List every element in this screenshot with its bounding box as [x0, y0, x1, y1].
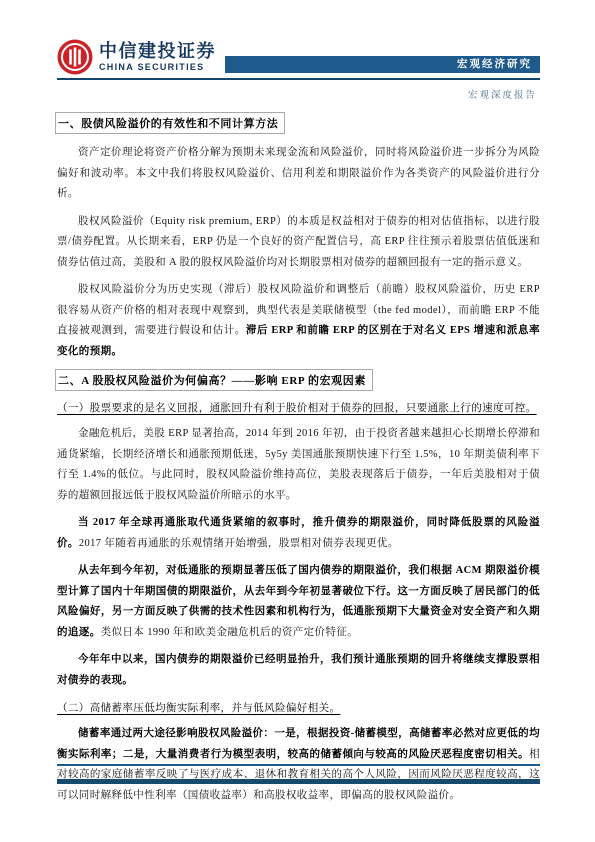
header-banner: 宏观经济研究: [225, 56, 540, 73]
text-run: 今年年中以来，国内债券的期限溢价已经明显抬升，我们预计通胀预期的回升将继续支撑股…: [57, 654, 540, 686]
citic-coin-icon: [57, 39, 93, 75]
section-heading: 一、股债风险溢价的有效性和不同计算方法: [55, 112, 285, 134]
report-type-label: 宏观深度报告: [468, 87, 537, 101]
text-run: 储蓄率通过两大途径影响股权风险溢价：一是，根据投资-储蓄模型，高储蓄率必然对应更…: [57, 728, 540, 760]
subsection-heading: （二）高储蓄率压低均衡实际利率，并与低风险偏好相关。: [57, 700, 540, 715]
paragraph: 股权风险溢价分为历史实现（滞后）股权风险溢价和调整后（前瞻）股权风险溢价，历史 …: [57, 280, 540, 362]
section-heading: 二、A 股股权风险溢价为何偏高？——影响 ERP 的宏观因素: [55, 369, 373, 391]
text-run: 类似日本 1990 年和欧美金融危机后的资产定价特征。: [101, 627, 359, 638]
paragraph: 金融危机后，美股 ERP 显著抬高，2014 年到 2016 年初，由于投资者越…: [57, 424, 540, 506]
brand-logo: 中信建投证券 CHINA SECURITIES: [57, 39, 216, 75]
subsection-heading: （一）股票要求的是名义回报，通胀回升有利于股价相对于债券的回报，只要通胀上行的速…: [57, 400, 540, 415]
footer-thin-rule: [57, 764, 540, 766]
paragraph: 当 2017 年全球再通胀取代通货紧缩的叙事时，推升债券的期限溢价，同时降低股票…: [57, 513, 540, 554]
paragraph: 股权风险溢价（Equity risk premium, ERP）的本质是权益相对…: [57, 212, 540, 274]
document-body: 一、股债风险溢价的有效性和不同计算方法资产定价理论将资产价格分解为预期未来现金流…: [57, 110, 540, 813]
footer-bar: [57, 779, 540, 784]
text-run: 2017 年随着再通胀的乐观情绪开始增强，股票相对债券表现更优。: [79, 538, 399, 549]
text-run: 股权风险溢价（Equity risk premium, ERP）的本质是权益相对…: [57, 216, 540, 268]
banner-title: 宏观经济研究: [457, 58, 532, 70]
text-run: 资产定价理论将资产价格分解为预期未来现金流和风险溢价，同时将风险溢价进一步拆分为…: [57, 147, 540, 199]
brand-name-cn: 中信建投证券: [99, 42, 216, 60]
report-page: 中信建投证券 CHINA SECURITIES 宏观经济研究 宏观深度报告 一、…: [0, 0, 595, 842]
header-rule: [57, 78, 540, 80]
paragraph: 资产定价理论将资产价格分解为预期未来现金流和风险溢价，同时将风险溢价进一步拆分为…: [57, 143, 540, 205]
brand-text: 中信建投证券 CHINA SECURITIES: [99, 42, 216, 72]
paragraph: 从去年到今年初，对低通胀的预期显著压低了国内债券的期限溢价，我们根据 ACM 期…: [57, 561, 540, 643]
brand-name-en: CHINA SECURITIES: [99, 63, 216, 72]
paragraph: 今年年中以来，国内债券的期限溢价已经明显抬升，我们预计通胀预期的回升将继续支撑股…: [57, 650, 540, 691]
text-run: 金融危机后，美股 ERP 显著抬高，2014 年到 2016 年初，由于投资者越…: [57, 428, 540, 501]
